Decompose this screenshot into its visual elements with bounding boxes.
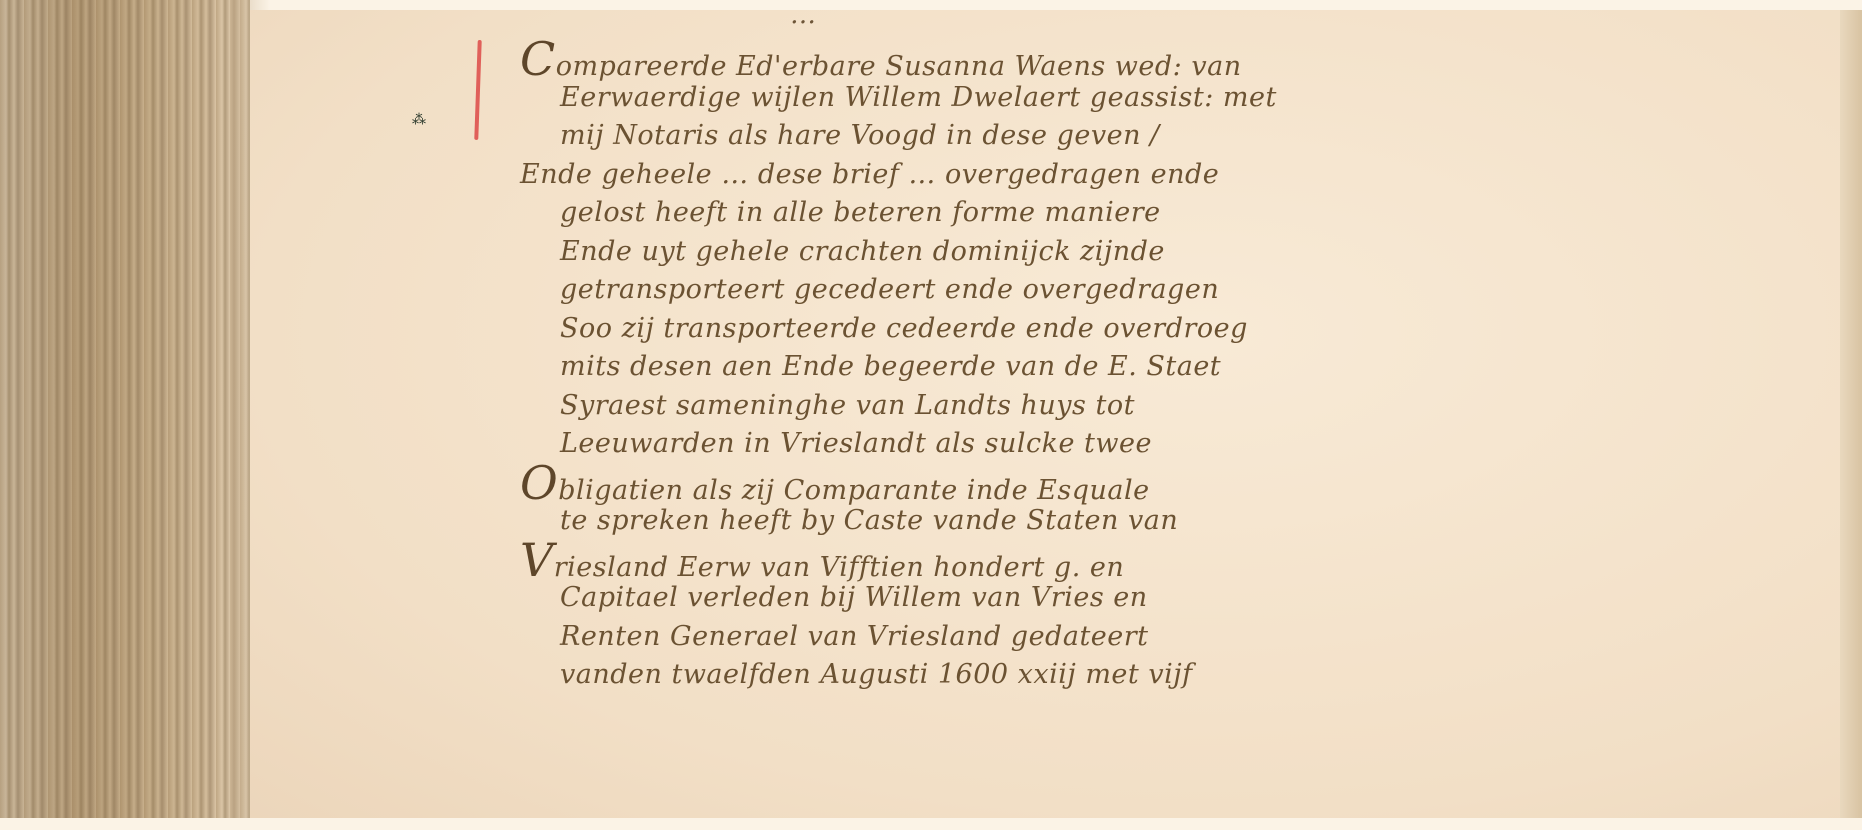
text-line: Capitael verleden bij Willem van Vries e… [520,579,1820,618]
text-line: Renten Generael van Vriesland gedateert [520,618,1820,657]
text-line: getransporteert gecedeert ende overgedra… [520,271,1820,310]
text-line: mij Notaris als hare Voogd in dese geven… [520,117,1820,156]
text-line: Obligatien als zij Comparante inde Esqua… [520,464,1820,503]
text-line: Syraest sameninghe van Landts huys tot [520,387,1820,426]
text-line: Compareerde Ed'erbare Susanna Waens wed:… [520,40,1820,79]
text-line: Leeuwarden in Vrieslandt als sulcke twee [520,425,1820,464]
paper-top-edge [0,0,1862,10]
text-line: Vriesland Eerw van Vifftien hondert g. e… [520,541,1820,580]
paper-right-edge [1840,10,1862,818]
text-line: te spreken heeft by Caste vande Staten v… [520,502,1820,541]
text-line: mits desen aen Ende begeerde van de E. S… [520,348,1820,387]
book-binding-edge [0,0,250,830]
ink-blot-mark: ⁂ [412,112,426,128]
text-line: Ende uyt gehele crachten dominijck zijnd… [520,233,1820,272]
paper-bottom-edge [0,818,1862,830]
text-line: Ende geheele … dese brief … overgedragen… [520,156,1820,195]
text-line: Eerwaerdige wijlen Willem Dwelaert geass… [520,79,1820,118]
text-line: vanden twaelfden Augusti 1600 xxiij met … [520,656,1820,695]
text-line: Soo zij transporteerde cedeerde ende ove… [520,310,1820,349]
manuscript-text: Compareerde Ed'erbare Susanna Waens wed:… [520,40,1820,695]
header-fragment: … [790,0,822,30]
text-line: gelost heeft in alle beteren forme manie… [520,194,1820,233]
